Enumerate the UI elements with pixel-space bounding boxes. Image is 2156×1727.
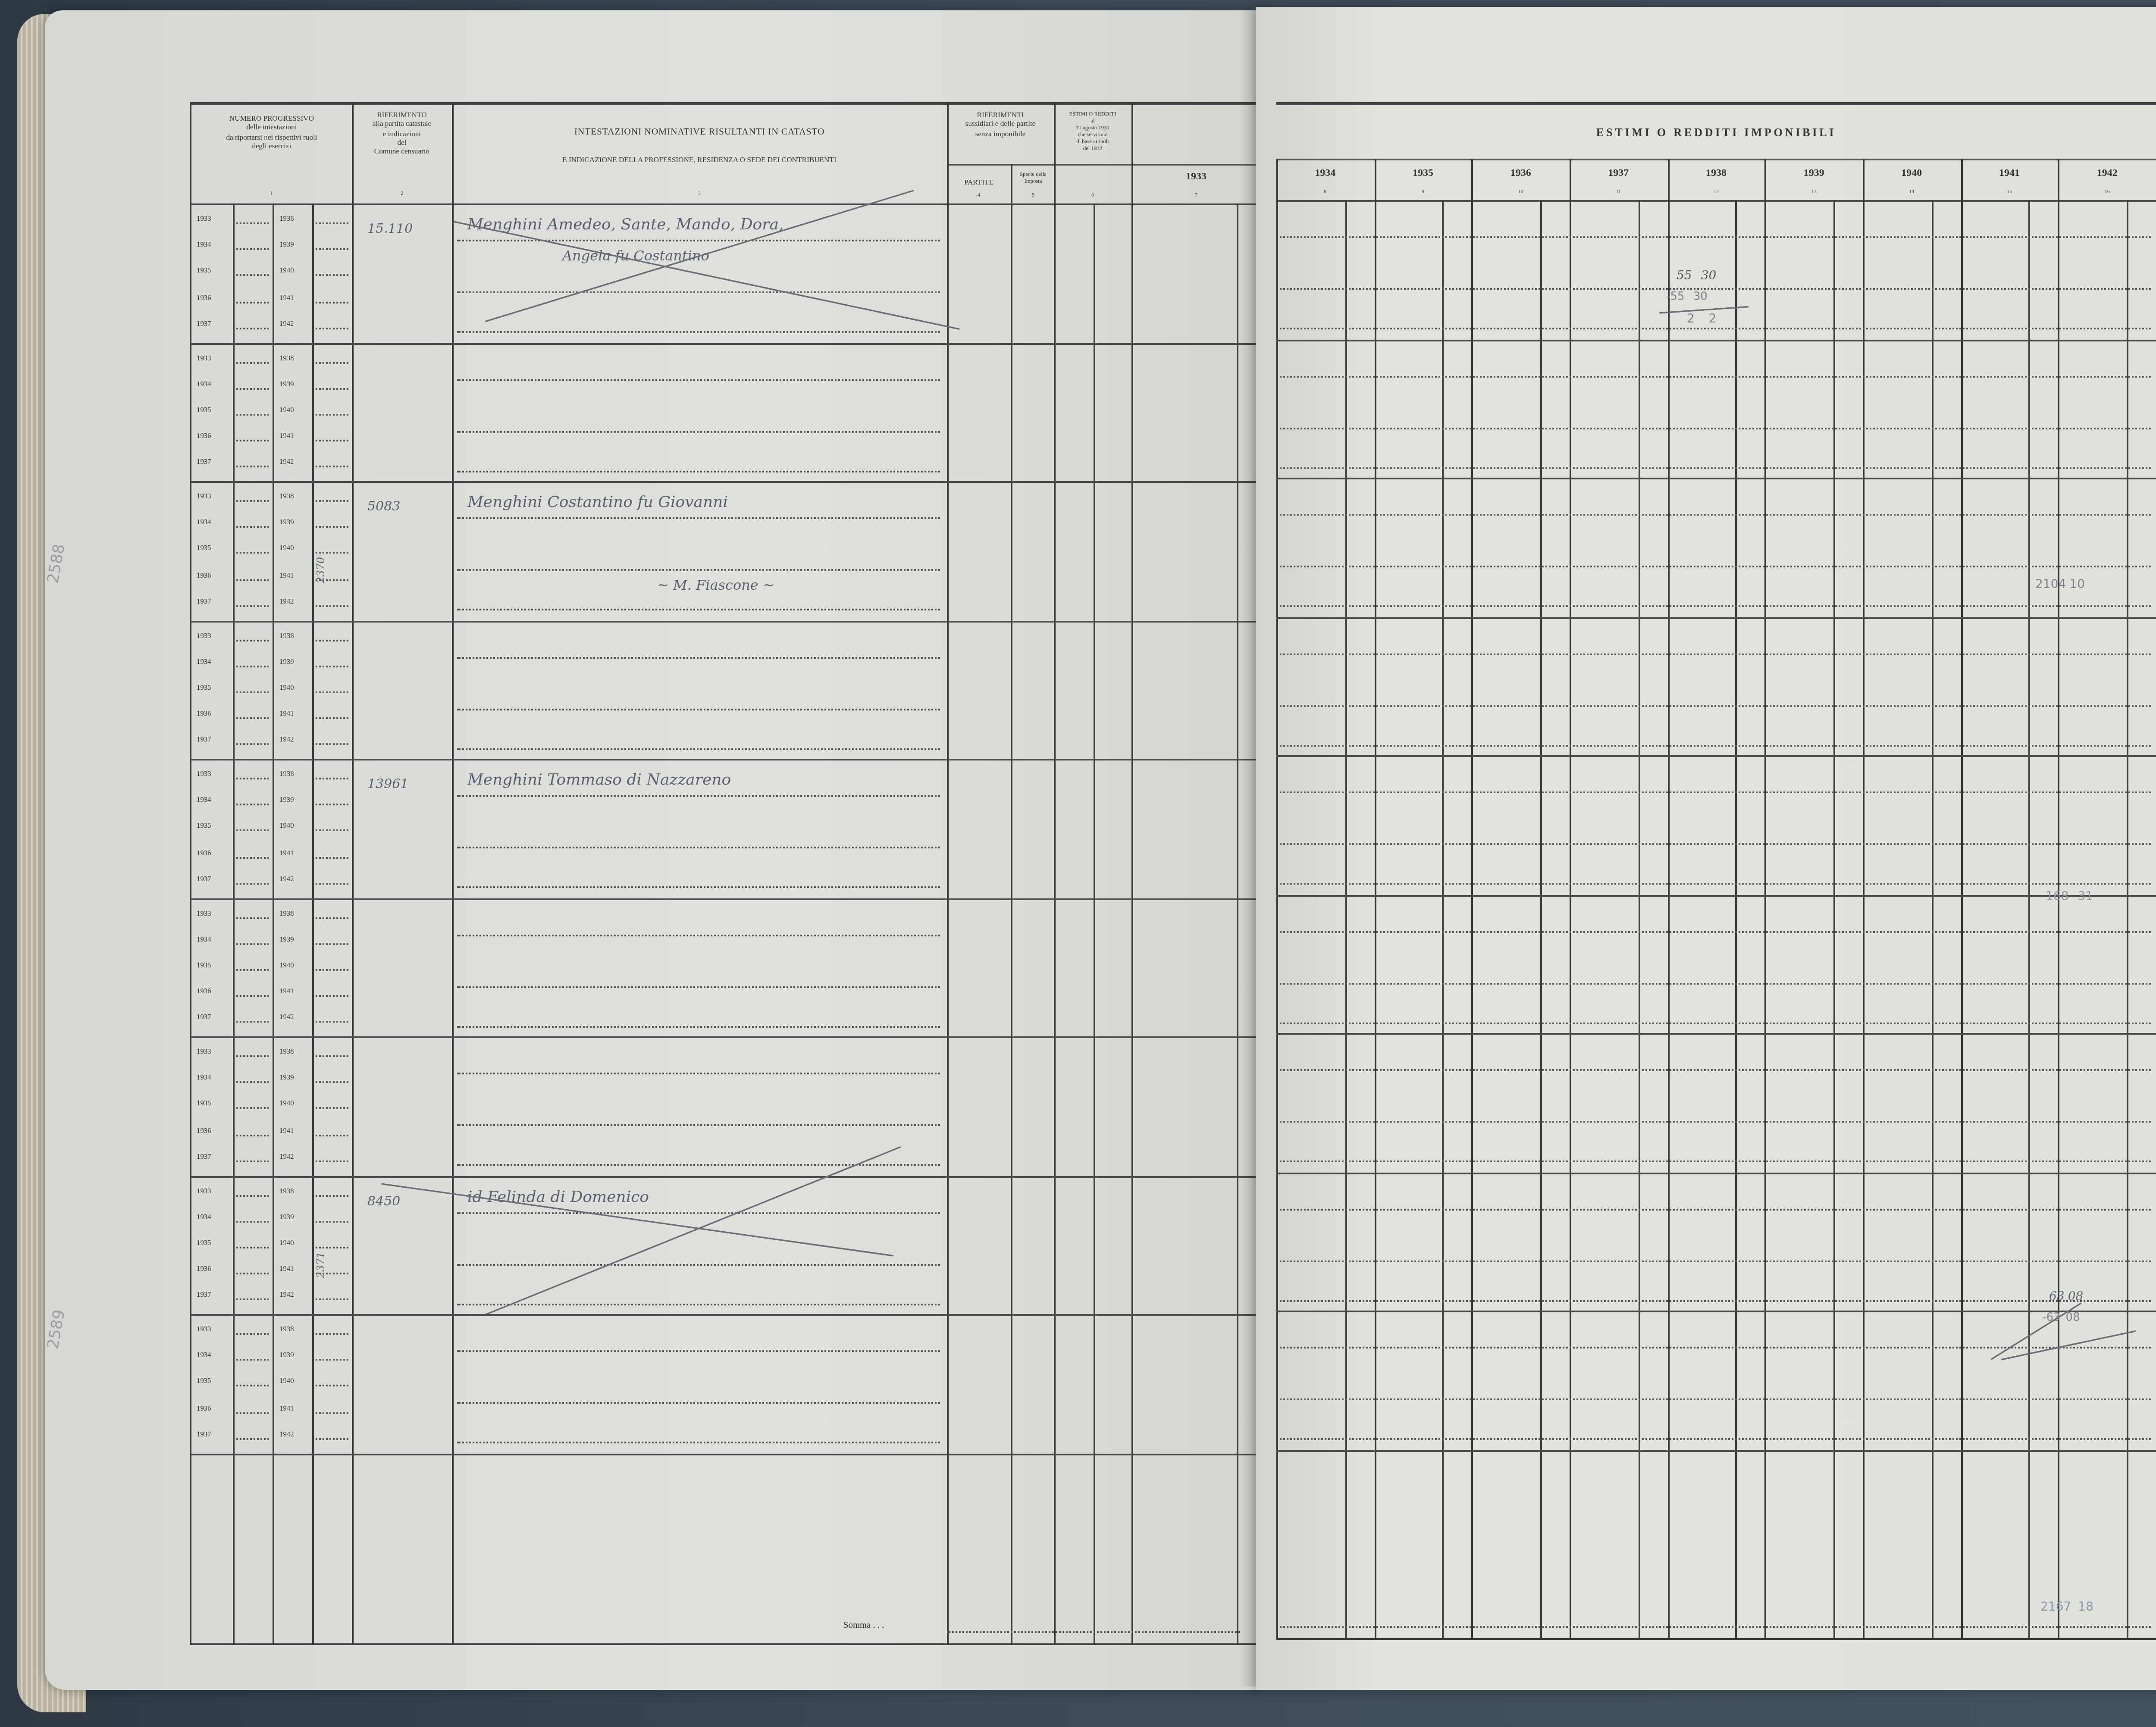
- dotted-rule: [316, 830, 348, 832]
- dotted-rule: [236, 969, 269, 971]
- year-label: 1942: [279, 735, 294, 744]
- header-specie-imposta: Specie della Imposta: [1012, 171, 1054, 185]
- year-label: 1942: [279, 319, 294, 327]
- col-number: 13: [1765, 190, 1863, 196]
- year-label: 1940: [279, 1238, 294, 1247]
- dotted-rule: [457, 609, 940, 610]
- dotted-rule: [316, 1194, 348, 1196]
- year-label: 1937: [197, 596, 211, 605]
- year-label: 1940: [279, 822, 294, 830]
- dotted-rule: [316, 1220, 348, 1222]
- dotted-rule: [236, 579, 269, 580]
- dotted-rule: [1280, 982, 2151, 984]
- year-label: 1938: [279, 1047, 294, 1055]
- year-label: 1941: [279, 1403, 294, 1411]
- header-year-1941: 1941: [1961, 169, 2059, 182]
- dotted-rule: [457, 1402, 940, 1404]
- right-register-table: ESTIMI O REDDITI IMPONIBILI 193481935919…: [1276, 102, 2156, 1640]
- row-block-rule: [1276, 1033, 2156, 1035]
- strike-through-mark: [485, 1145, 901, 1314]
- col-line: [312, 203, 314, 1643]
- dotted-rule: [457, 708, 940, 710]
- year-label: 1937: [197, 735, 211, 744]
- year-label: 1937: [197, 457, 211, 466]
- dotted-rule: [457, 331, 940, 333]
- dotted-rule: [236, 1247, 269, 1248]
- dotted-rule: [316, 943, 348, 945]
- partita-number: 13961: [367, 776, 408, 792]
- value-1941-entry8-line1: 6308: [2049, 1290, 2083, 1304]
- year-label: 1942: [279, 457, 294, 466]
- year-label: 1935: [197, 822, 211, 830]
- dotted-rule: [316, 1438, 348, 1439]
- dotted-rule: [236, 1108, 269, 1110]
- year-label: 1942: [279, 1290, 294, 1299]
- year-label: 1939: [279, 657, 294, 665]
- dotted-rule: [316, 301, 348, 303]
- year-label: 1935: [197, 960, 211, 969]
- dotted-rule: [1280, 288, 2151, 290]
- year-label: 1935: [197, 1099, 211, 1108]
- cents-col-line: [2127, 200, 2128, 1638]
- row-block-rule: [191, 898, 1261, 899]
- owner-name: Menghini Amedeo, Sante, Mando, Dora,: [467, 217, 783, 235]
- year-label: 1940: [279, 683, 294, 691]
- year-label: 1937: [197, 1151, 211, 1160]
- progressive-number: 2370: [316, 557, 328, 583]
- col-number: 11: [1570, 190, 1667, 196]
- year-label: 1937: [197, 874, 211, 882]
- year-label: 1937: [197, 1013, 211, 1021]
- header-estimi-redditi-imponibili: ESTIMI O REDDITI IMPONIBILI: [1276, 128, 2156, 142]
- dotted-rule: [236, 1359, 269, 1361]
- dotted-rule: [1280, 1347, 2151, 1348]
- dotted-rule: [236, 717, 269, 719]
- dotted-rule: [236, 995, 269, 997]
- col-number: 9: [1374, 190, 1472, 196]
- dotted-rule: [236, 1411, 269, 1413]
- col-line: [1094, 203, 1095, 1643]
- dotted-rule: [457, 934, 940, 935]
- dotted-rule: [457, 430, 940, 432]
- year-label: 1938: [279, 630, 294, 639]
- dotted-rule: [457, 517, 940, 519]
- row-block-rule: [1276, 894, 2156, 896]
- row-block-rule: [1276, 1311, 2156, 1312]
- dotted-rule: [236, 882, 269, 884]
- value-1936-line3: 2 2: [1687, 312, 1717, 326]
- year-label: 1937: [197, 319, 211, 327]
- dotted-rule: [236, 1299, 269, 1301]
- dotted-rule: [236, 327, 269, 329]
- dotted-rule: [1280, 1398, 2151, 1400]
- year-label: 1934: [197, 379, 211, 388]
- col-number-4: 4: [947, 193, 1011, 200]
- dotted-rule: [1280, 930, 2151, 932]
- dotted-rule: [316, 388, 348, 389]
- year-label: 1938: [279, 214, 294, 222]
- header-intestazioni: INTESTAZIONI NOMINATIVE RISULTANTI IN CA…: [452, 128, 947, 139]
- dotted-rule: [1280, 1069, 2151, 1071]
- col-line: [1472, 159, 1473, 1638]
- dotted-rule: [236, 1438, 269, 1439]
- dotted-rule: [316, 1299, 348, 1301]
- year-label: 1933: [197, 908, 211, 917]
- dotted-rule: [316, 553, 348, 554]
- year-label: 1941: [279, 292, 294, 301]
- dotted-rule: [316, 744, 348, 745]
- year-label: 1939: [279, 934, 294, 943]
- dotted-rule: [236, 830, 269, 832]
- dotted-rule: [457, 656, 940, 658]
- row-block-rule: [191, 1175, 1261, 1177]
- partita-number: 8450: [367, 1192, 400, 1208]
- year-label: 1936: [197, 1403, 211, 1411]
- row-block-rule: [1276, 478, 2156, 479]
- dotted-rule: [236, 1021, 269, 1023]
- partita-number: 15.110: [367, 221, 413, 236]
- cents-col-line: [1442, 200, 1444, 1638]
- dotted-rule: [316, 691, 348, 693]
- year-label: 1941: [279, 848, 294, 856]
- col-number: 10: [1472, 190, 1570, 196]
- dotted-rule: [236, 917, 269, 918]
- header-year-1937: 1937: [1570, 169, 1667, 182]
- col-number: 16: [2058, 190, 2156, 196]
- dotted-rule: [236, 1160, 269, 1162]
- col-line: [1131, 103, 1133, 1643]
- dotted-rule: [316, 717, 348, 719]
- dotted-rule: [236, 275, 269, 277]
- year-label: 1939: [279, 1351, 294, 1359]
- dotted-rule: [1280, 1022, 2151, 1023]
- dotted-rule: [236, 804, 269, 806]
- year-label: 1935: [197, 1238, 211, 1247]
- row-block-rule: [191, 1453, 1261, 1455]
- dotted-rule: [236, 744, 269, 745]
- dotted-rule: [316, 856, 348, 858]
- dotted-rule: [236, 665, 269, 667]
- dotted-rule: [1280, 328, 2151, 329]
- right-page: Mod. 111 - Imposte Dirette (Intercalare)…: [1256, 7, 2156, 1690]
- progressive-number: 2371: [316, 1251, 328, 1277]
- header-estimi-1931: ESTIMI O REDDITI al 31 agosto 1931 che s…: [1054, 110, 1131, 152]
- cents-col-line: [1931, 200, 1933, 1638]
- owner-name: Menghini Tommaso di Nazzareno: [467, 773, 731, 790]
- margin-note-2588: 2588: [46, 543, 69, 585]
- year-label: 1938: [279, 1186, 294, 1194]
- dotted-rule: [1280, 792, 2151, 793]
- somma-label: Somma . . .: [843, 1621, 884, 1631]
- col-line: [233, 203, 235, 1643]
- dotted-rule: [1280, 1438, 2151, 1440]
- strike-mark: [2001, 1330, 2136, 1360]
- dotted-rule: [316, 526, 348, 528]
- header-partite: PARTITE: [947, 178, 1011, 187]
- year-label: 1933: [197, 214, 211, 222]
- subheader-rule: [947, 164, 1261, 166]
- col-line: [1054, 103, 1056, 1643]
- dotted-rule: [316, 414, 348, 416]
- year-label: 1934: [197, 1073, 211, 1082]
- dotted-rule: [316, 882, 348, 884]
- dotted-rule: [236, 414, 269, 416]
- dotted-rule: [236, 440, 269, 441]
- year-label: 1935: [197, 1377, 211, 1386]
- year-label: 1941: [279, 709, 294, 717]
- col-line: [1667, 159, 1669, 1638]
- dotted-rule: [316, 917, 348, 918]
- year-label: 1936: [197, 986, 211, 995]
- row-block-rule: [1276, 1449, 2156, 1451]
- year-label: 1936: [197, 570, 211, 579]
- dotted-rule: [236, 605, 269, 607]
- year-label: 1935: [197, 683, 211, 691]
- year-label: 1941: [279, 431, 294, 440]
- dotted-rule: [316, 500, 348, 502]
- dotted-rule: [236, 1082, 269, 1083]
- dotted-rule: [1280, 566, 2151, 567]
- dotted-rule: [236, 249, 269, 250]
- year-label: 1936: [197, 848, 211, 856]
- year-label: 1935: [197, 266, 211, 275]
- year-label: 1939: [279, 518, 294, 526]
- year-label: 1941: [279, 1264, 294, 1273]
- year-label: 1934: [197, 1351, 211, 1359]
- cents-col-line: [1345, 200, 1347, 1638]
- left-register-table: NUMERO PROGRESSIVO delle intestazioni da…: [190, 102, 1261, 1645]
- header-year-1938: 1938: [1667, 169, 1765, 182]
- dotted-rule: [316, 1333, 348, 1335]
- year-label: 1934: [197, 518, 211, 526]
- dotted-rule: [316, 1411, 348, 1413]
- cents-col-line: [2029, 200, 2031, 1638]
- row-block-rule: [1276, 339, 2156, 341]
- year-label: 1938: [279, 908, 294, 917]
- dotted-rule: [316, 1134, 348, 1136]
- dotted-rule: [236, 1055, 269, 1057]
- year-label: 1942: [279, 596, 294, 605]
- row-block-rule: [191, 481, 1261, 483]
- year-label: 1938: [279, 491, 294, 500]
- year-label: 1936: [197, 292, 211, 301]
- dotted-rule: [236, 553, 269, 554]
- header-year-1940: 1940: [1863, 169, 1961, 182]
- year-label: 1933: [197, 491, 211, 500]
- cents-col-line: [1540, 200, 1542, 1638]
- owner-name-continued: Angela fu Costantino: [562, 248, 709, 264]
- col-line: [1570, 159, 1571, 1638]
- dotted-rule: [457, 1211, 940, 1213]
- value-1936-line2: -55 30: [1666, 290, 1708, 303]
- year-label: 1940: [279, 1377, 294, 1386]
- dotted-rule: [236, 388, 269, 389]
- dotted-rule: [236, 1273, 269, 1274]
- header-riferimento: RIFERIMENTO alla partita catastale e ind…: [352, 110, 452, 156]
- row-block-rule: [1276, 755, 2156, 757]
- col-line: [1765, 159, 1767, 1638]
- dotted-rule: [316, 1247, 348, 1248]
- dotted-rule: [457, 379, 940, 380]
- year-label: 1940: [279, 544, 294, 553]
- dotted-rule: [236, 1333, 269, 1335]
- dotted-rule: [316, 605, 348, 607]
- col-number: 8: [1276, 190, 1374, 196]
- col-line: [1374, 159, 1376, 1638]
- year-label: 1942: [279, 1151, 294, 1160]
- year-label: 1940: [279, 266, 294, 275]
- dotted-rule: [236, 943, 269, 945]
- header-intestazioni-subtitle: E INDICAZIONE DELLA PROFESSIONE, RESIDEN…: [452, 155, 947, 164]
- owner-name: Menghini Costantino fu Giovanni: [467, 495, 728, 512]
- somma-dotted-rule: [1280, 1626, 2151, 1628]
- dotted-rule: [1280, 653, 2151, 654]
- dotted-rule: [236, 1220, 269, 1222]
- year-label: 1933: [197, 353, 211, 361]
- dotted-rule: [457, 1073, 940, 1074]
- dotted-rule: [1280, 704, 2151, 706]
- dotted-rule: [236, 526, 269, 528]
- year-label: 1940: [279, 405, 294, 414]
- dotted-rule: [236, 222, 269, 224]
- dotted-rule: [457, 240, 940, 241]
- year-label: 1938: [279, 353, 294, 361]
- col-number-2: 2: [352, 191, 452, 198]
- dotted-rule: [316, 969, 348, 971]
- year-label: 1935: [197, 405, 211, 414]
- dotted-rule: [236, 639, 269, 641]
- row-block-rule: [191, 1314, 1261, 1316]
- dotted-rule: [236, 500, 269, 502]
- dotted-rule: [236, 1194, 269, 1196]
- dotted-rule: [457, 886, 940, 888]
- cents-col-line: [1833, 200, 1835, 1638]
- header-year-1934: 1934: [1276, 169, 1374, 182]
- year-label: 1936: [197, 709, 211, 717]
- row-block-rule: [191, 620, 1261, 622]
- col-number-6: 6: [1054, 193, 1131, 200]
- owner-residence: ~ M. Fiascone ~: [657, 578, 774, 593]
- row-block-rule: [1276, 616, 2156, 618]
- dotted-rule: [1280, 375, 2151, 377]
- dotted-rule: [457, 1263, 940, 1265]
- col-line: [452, 103, 454, 1643]
- year-label: 1942: [279, 874, 294, 882]
- dotted-rule: [236, 466, 269, 468]
- col-line: [1011, 164, 1012, 1643]
- year-label: 1934: [197, 1212, 211, 1220]
- row-block-rule: [191, 1036, 1261, 1038]
- cents-col-line: [1638, 200, 1640, 1638]
- somma-1941-value: 216718: [2040, 1600, 2093, 1614]
- header-year-1936: 1936: [1472, 169, 1570, 182]
- year-label: 1941: [279, 986, 294, 995]
- row-block-rule: [191, 342, 1261, 344]
- dotted-rule: [1280, 1121, 2151, 1123]
- year-label: 1942: [279, 1429, 294, 1438]
- year-label: 1934: [197, 934, 211, 943]
- value-1936-line1: 55 30: [1677, 269, 1716, 283]
- dotted-rule: [316, 778, 348, 779]
- col-line: [1961, 159, 1962, 1638]
- dotted-rule: [316, 275, 348, 277]
- dotted-rule: [316, 1386, 348, 1387]
- dotted-rule: [457, 1164, 940, 1166]
- dotted-rule: [1280, 1299, 2151, 1301]
- year-label: 1936: [197, 1264, 211, 1273]
- strike-through-mark: [485, 190, 914, 322]
- year-label: 1934: [197, 795, 211, 804]
- left-page: 2588 2589 NUMERO PROGRESSIVO delle intes…: [45, 10, 1259, 1690]
- dotted-rule: [1280, 1208, 2151, 1210]
- header-year-1935: 1935: [1374, 169, 1472, 182]
- dotted-rule: [316, 1359, 348, 1361]
- year-label: 1934: [197, 657, 211, 665]
- year-label: 1939: [279, 240, 294, 249]
- dotted-rule: [236, 856, 269, 858]
- dotted-rule: [1280, 514, 2151, 516]
- col-number: 12: [1667, 190, 1765, 196]
- dotted-rule: [457, 470, 940, 472]
- dotted-rule: [457, 1442, 940, 1443]
- dotted-rule: [1280, 1161, 2151, 1162]
- col-number: 14: [1863, 190, 1961, 196]
- col-number-3: 3: [452, 191, 947, 198]
- margin-note-2589: 2589: [46, 1308, 69, 1350]
- dotted-rule: [236, 1134, 269, 1136]
- dotted-rule: [316, 361, 348, 363]
- year-label: 1941: [279, 570, 294, 579]
- dotted-rule: [316, 1055, 348, 1057]
- year-label: 1936: [197, 1125, 211, 1134]
- row-block-rule: [191, 759, 1261, 760]
- col-line: [1863, 159, 1865, 1638]
- dotted-rule: [457, 986, 940, 987]
- dotted-rule: [1280, 843, 2151, 845]
- dotted-rule: [316, 466, 348, 468]
- dotted-rule: [1280, 236, 2151, 238]
- dotted-rule: [316, 249, 348, 250]
- dotted-rule: [316, 804, 348, 806]
- header-year-1942: 1942: [2058, 169, 2156, 182]
- dotted-rule: [1280, 744, 2151, 746]
- row-block-rule: [1276, 1172, 2156, 1173]
- year-label: 1934: [197, 240, 211, 249]
- year-label: 1939: [279, 1212, 294, 1220]
- dotted-rule: [457, 748, 940, 749]
- dotted-rule: [316, 440, 348, 441]
- dotted-rule: [316, 1108, 348, 1110]
- header-bottom-rule: [1276, 200, 2156, 202]
- dotted-rule: [316, 665, 348, 667]
- dotted-rule: [236, 1386, 269, 1387]
- value-1941-entry5: 168 31: [2046, 890, 2093, 904]
- dotted-rule: [316, 327, 348, 329]
- dotted-rule: [236, 301, 269, 303]
- dotted-rule: [457, 1124, 940, 1126]
- dotted-rule: [457, 1303, 940, 1305]
- col-number: 15: [1961, 190, 2059, 196]
- header-numero-progressivo: NUMERO PROGRESSIVO delle intestazioni da…: [191, 114, 352, 151]
- dotted-rule: [316, 1160, 348, 1162]
- col-line: [947, 103, 949, 1643]
- dotted-rule: [457, 847, 940, 848]
- dotted-rule: [316, 1021, 348, 1023]
- year-label: 1933: [197, 630, 211, 639]
- year-label: 1938: [279, 769, 294, 778]
- dotted-rule: [457, 1025, 940, 1027]
- dotted-rule: [1280, 883, 2151, 885]
